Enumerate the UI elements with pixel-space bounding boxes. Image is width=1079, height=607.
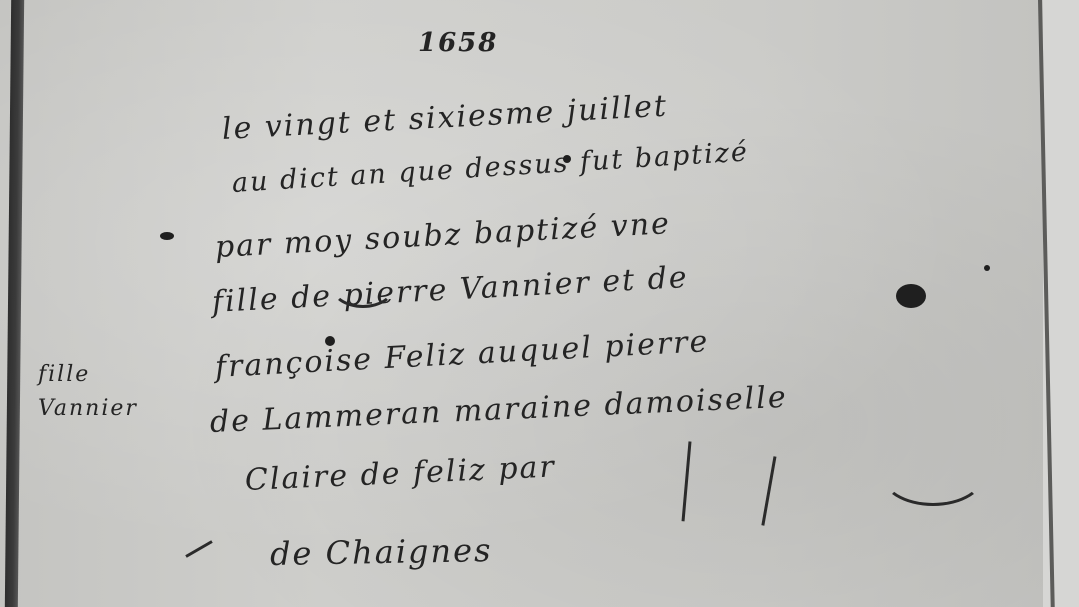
ink-blot — [160, 232, 174, 240]
manuscript-scan: 1658 le vingt et sixiesme juillet au dic… — [0, 0, 1079, 607]
pen-stroke — [682, 441, 692, 521]
margin-note-line-1: fille — [38, 362, 90, 387]
text-line-6: de Lammeran maraine damoiselle — [209, 380, 788, 440]
text-line-4: fille de pierre Vannier et de — [211, 260, 689, 320]
text-line-7: Claire de feliz par — [244, 449, 556, 498]
ink-blot — [563, 155, 571, 163]
ink-blot — [325, 336, 335, 346]
pen-flourish — [880, 440, 986, 506]
pen-stroke — [185, 540, 212, 558]
text-line-1: le vingt et sixiesme juillet — [221, 89, 669, 147]
pen-stroke — [761, 456, 776, 525]
binding-edge — [5, 0, 24, 607]
year-header: 1658 — [418, 28, 498, 58]
ink-blot — [984, 265, 990, 271]
text-line-2: au dict an que dessus fut baptizé — [231, 136, 750, 199]
pen-flourish — [330, 262, 396, 308]
margin-note-line-2: Vannier — [38, 396, 138, 421]
text-line-3: par moy soubz baptizé vne — [214, 206, 672, 265]
signature-line: de Chaignes — [270, 531, 493, 573]
text-line-5: françoise Feliz auquel pierre — [214, 324, 710, 385]
ink-blot — [896, 284, 926, 308]
